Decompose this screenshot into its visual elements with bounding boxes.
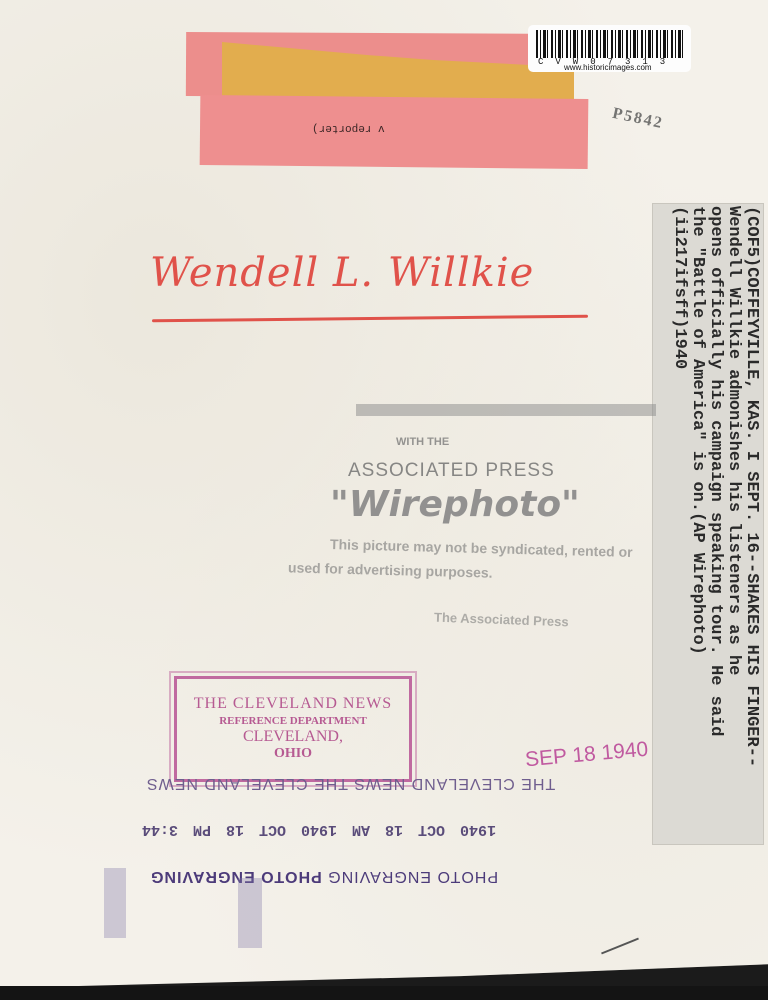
ap-stamp-wirephoto: "Wirephoto" [330, 484, 580, 525]
ink-smudge [104, 868, 126, 938]
caption-line: (ii217ifsff)1940 [670, 206, 688, 842]
barcode-site: www.historicimages.com [564, 63, 652, 72]
ap-stamp-agency: ASSOCIATED PRESS [348, 460, 555, 482]
signature: Wendell L. Willkie [150, 250, 534, 296]
barcode-label: CVW07313 www.historicimages.com [528, 25, 691, 72]
ref-stamp-line: REFERENCE DEPARTMENT [177, 715, 409, 727]
cleveland-news-stamp: THE CLEVELAND NEWS THE CLEVELAND NEWS [146, 774, 555, 792]
ref-stamp-line: THE CLEVELAND NEWS [177, 695, 409, 713]
caption-line: the "Battle of America" is on.(AP Wireph… [688, 206, 706, 842]
engraving-part: PHOTO ENGRAVING [150, 868, 322, 885]
tape-label-text: v reporter) [312, 122, 385, 134]
engraving-part: PHOTO ENGRAVING [327, 868, 498, 885]
caption-text: (COF5)COFFEYVILLE, KAS. I SEPT. 16--SHAK… [670, 206, 760, 842]
barcode-icon [536, 30, 686, 58]
ap-stamp-withthe: WITH THE [396, 436, 449, 448]
ap-stamp-smudge [356, 404, 656, 416]
caption-line: (COF5)COFFEYVILLE, KAS. I SEPT. 16--SHAK… [742, 206, 760, 842]
ref-stamp-line: CLEVELAND, [177, 728, 409, 746]
pink-tape-front [200, 95, 589, 169]
scan-background [0, 986, 768, 1000]
ink-smudge [238, 878, 262, 948]
caption-line: Wendell Willkie admonishes his listeners… [724, 206, 742, 842]
datetime-stamp: 1940 OCT 18 AM 1940 OCT 18 PM 3:44 [142, 821, 496, 838]
reference-department-stamp: THE CLEVELAND NEWS REFERENCE DEPARTMENT … [174, 676, 412, 782]
caption-line: opens officially his campaign speaking t… [706, 206, 724, 842]
photo-engraving-stamp: PHOTO ENGRAVING PHOTO ENGRAVING [150, 867, 498, 885]
ref-stamp-line: OHIO [177, 746, 409, 762]
